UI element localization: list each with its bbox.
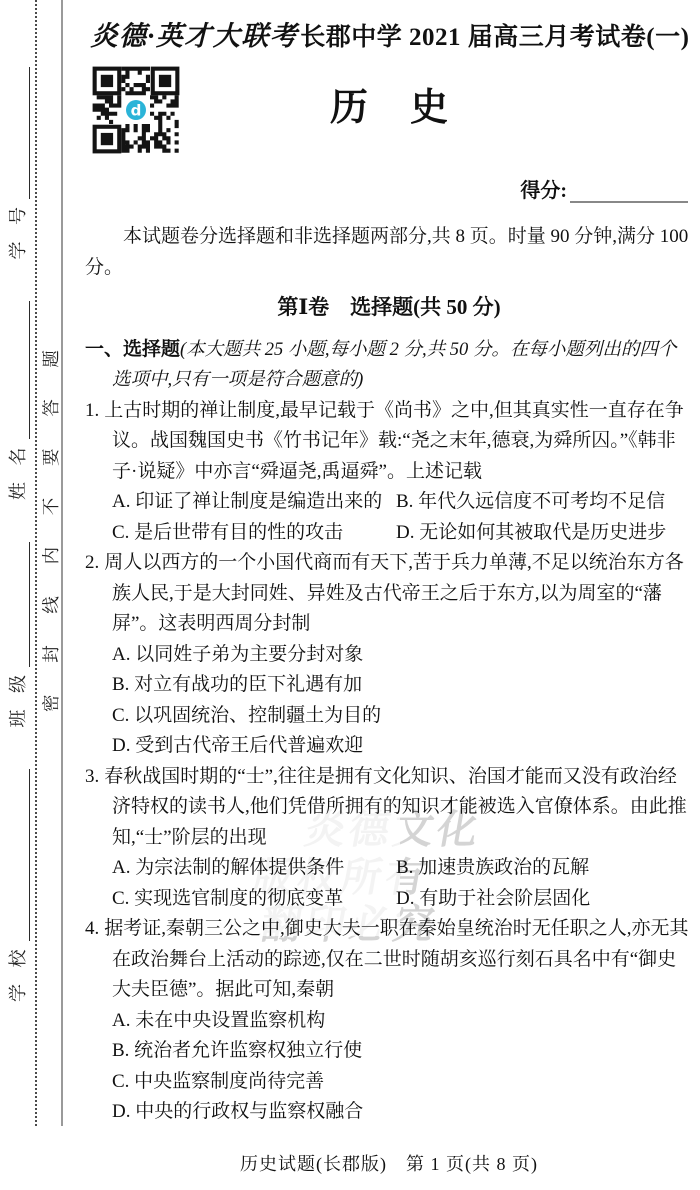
seal-warning-char: 封 <box>38 645 60 663</box>
exam-title: 炎德·英才大联考长郡中学 2021 届高三月考试卷(一) <box>85 14 695 53</box>
score-blank-line <box>570 185 688 203</box>
question-4-stem: 4.据考证,秦朝三公之中,御史大夫一职在秦始皇统治时无任职之人,亦无其在政治舞台… <box>85 914 693 1006</box>
seal-warning-char: 不 <box>38 498 60 516</box>
seal-warning-char: 答 <box>38 399 60 417</box>
question-1-number: 1. <box>85 400 99 421</box>
option-c: C. 是后世带有目的性的攻击 <box>112 518 396 549</box>
question-2-options: A. 以同姓子弟为主要分封对象 B. 对立有战功的臣下礼遇有加 C. 以巩固统治… <box>85 640 693 762</box>
score-box: 得分: <box>520 174 688 203</box>
name-field: 姓 名 <box>4 302 30 501</box>
class-field-line <box>14 542 30 667</box>
question-1: 1.上古时期的禅让制度,最早记载于《尚书》之中,但其真实性一直存在争议。战国魏国… <box>85 396 693 549</box>
option-b: B. 对立有战功的臣下礼遇有加 <box>112 670 693 701</box>
seal-dotted-line <box>35 0 37 1126</box>
question-2-stem: 2.周人以西方的一个小国代商而有天下,苦于兵力单薄,不足以统治东方各族人民,于是… <box>85 548 693 640</box>
exam-instructions: 本试题卷分选择题和非选择题两部分,共 8 页。时量 90 分钟,满分 100 分… <box>85 222 693 283</box>
section-1-title: 第Ⅰ卷 选择题(共 50 分) <box>85 292 693 323</box>
question-4-number: 4. <box>85 918 99 939</box>
seal-solid-line <box>61 0 63 1126</box>
option-a: A. 为宗法制的解体提供条件 <box>112 853 396 884</box>
multiple-choice-heading: 一、选择题(本大题共 25 小题,每小题 2 分,共 50 分。在每小题列出的四… <box>85 335 693 396</box>
option-a: A. 印证了禅让制度是编造出来的 <box>112 487 396 518</box>
seal-warning-text: 密 封 线 内 不 要 答 题 <box>38 350 60 712</box>
question-2-text: 周人以西方的一个小国代商而有天下,苦于兵力单薄,不足以统治东方各族人民,于是大封… <box>104 552 684 634</box>
question-2-number: 2. <box>85 552 99 573</box>
question-1-text: 上古时期的禅让制度,最早记载于《尚书》之中,但其真实性一直存在争议。战国魏国史书… <box>104 400 684 482</box>
question-3-number: 3. <box>85 766 99 787</box>
question-1-stem: 1.上古时期的禅让制度,最早记载于《尚书》之中,但其真实性一直存在争议。战国魏国… <box>85 396 693 488</box>
question-3-text: 春秋战国时期的“士”,往往是拥有文化知识、治国才能而又没有政治经济特权的读书人,… <box>104 766 687 848</box>
question-2: 2.周人以西方的一个小国代商而有天下,苦于兵力单薄,不足以统治东方各族人民,于是… <box>85 548 693 762</box>
option-c: C. 实现选官制度的彻底变革 <box>112 884 396 915</box>
option-d: D. 有助于社会阶层固化 <box>396 884 693 915</box>
option-b: B. 统治者允许监察权独立行使 <box>112 1036 693 1067</box>
score-label: 得分: <box>520 174 567 203</box>
multiple-choice-heading-bold: 一、选择题 <box>85 339 180 360</box>
school-field-label: 学 校 <box>4 944 30 1003</box>
school-field: 学 校 <box>4 770 30 1003</box>
student-number-field-label: 学 号 <box>4 201 30 260</box>
student-number-field-line <box>14 67 30 199</box>
page-footer: 历史试题(长郡版) 第 1 页(共 8 页) <box>85 1150 693 1176</box>
option-d: D. 无论如何其被取代是历史进步 <box>396 518 693 549</box>
option-d: D. 受到古代帝王后代普遍欢迎 <box>112 731 693 762</box>
question-4: 4.据考证,秦朝三公之中,御史大夫一职在秦始皇统治时无任职之人,亦无其在政治舞台… <box>85 914 693 1128</box>
option-c: C. 以巩固统治、控制疆土为目的 <box>112 701 693 732</box>
exam-body: 本试题卷分选择题和非选择题两部分,共 8 页。时量 90 分钟,满分 100 分… <box>85 222 693 1128</box>
option-a: A. 未在中央设置监察机构 <box>112 1006 693 1037</box>
name-field-line <box>14 302 30 440</box>
seal-warning-char: 题 <box>38 350 60 368</box>
option-a: A. 以同姓子弟为主要分封对象 <box>112 640 693 671</box>
question-1-options: A. 印证了禅让制度是编造出来的 B. 年代久远信度不可考均不足信 C. 是后世… <box>85 487 693 548</box>
question-3-stem: 3.春秋战国时期的“士”,往往是拥有文化知识、治国才能而又没有政治经济特权的读书… <box>85 762 693 854</box>
question-3: 3.春秋战国时期的“士”,往往是拥有文化知识、治国才能而又没有政治经济特权的读书… <box>85 762 693 915</box>
school-field-line <box>14 770 30 942</box>
question-4-text: 据考证,秦朝三公之中,御史大夫一职在秦始皇统治时无任职之人,亦无其在政治舞台上活… <box>104 918 688 1000</box>
exam-title-rest: 长郡中学 2021 届高三月考试卷(一) <box>300 24 689 51</box>
exam-brand: 炎德·英才大联考 <box>91 21 299 51</box>
seal-warning-char: 密 <box>38 695 60 713</box>
seal-warning-char: 要 <box>38 448 60 466</box>
subject-title: 历 史 <box>85 76 695 131</box>
option-c: C. 中央监察制度尚待完善 <box>112 1067 693 1098</box>
question-4-options: A. 未在中央设置监察机构 B. 统治者允许监察权独立行使 C. 中央监察制度尚… <box>85 1006 693 1128</box>
multiple-choice-heading-note: (本大题共 25 小题,每小题 2 分,共 50 分。在每小题列出的四个选项中,… <box>112 340 676 391</box>
student-info-fields: 学 校 班 级 姓 名 学 号 <box>6 110 30 1002</box>
name-field-label: 姓 名 <box>4 442 30 501</box>
student-number-field: 学 号 <box>4 67 30 260</box>
question-3-options: A. 为宗法制的解体提供条件 B. 加速贵族政治的瓦解 C. 实现选官制度的彻底… <box>85 853 693 914</box>
option-b: B. 加速贵族政治的瓦解 <box>396 853 693 884</box>
seal-warning-char: 线 <box>38 596 60 614</box>
class-field: 班 级 <box>4 542 30 728</box>
seal-warning-char: 内 <box>38 547 60 565</box>
exam-paper-page: 炎德文化 版权所有 翻印必究 学 校 班 级 姓 名 学 号 密 封 线 内 不… <box>0 0 700 1190</box>
option-b: B. 年代久远信度不可考均不足信 <box>396 487 693 518</box>
class-field-label: 班 级 <box>4 669 30 728</box>
option-d: D. 中央的行政权与监察权融合 <box>112 1097 693 1128</box>
